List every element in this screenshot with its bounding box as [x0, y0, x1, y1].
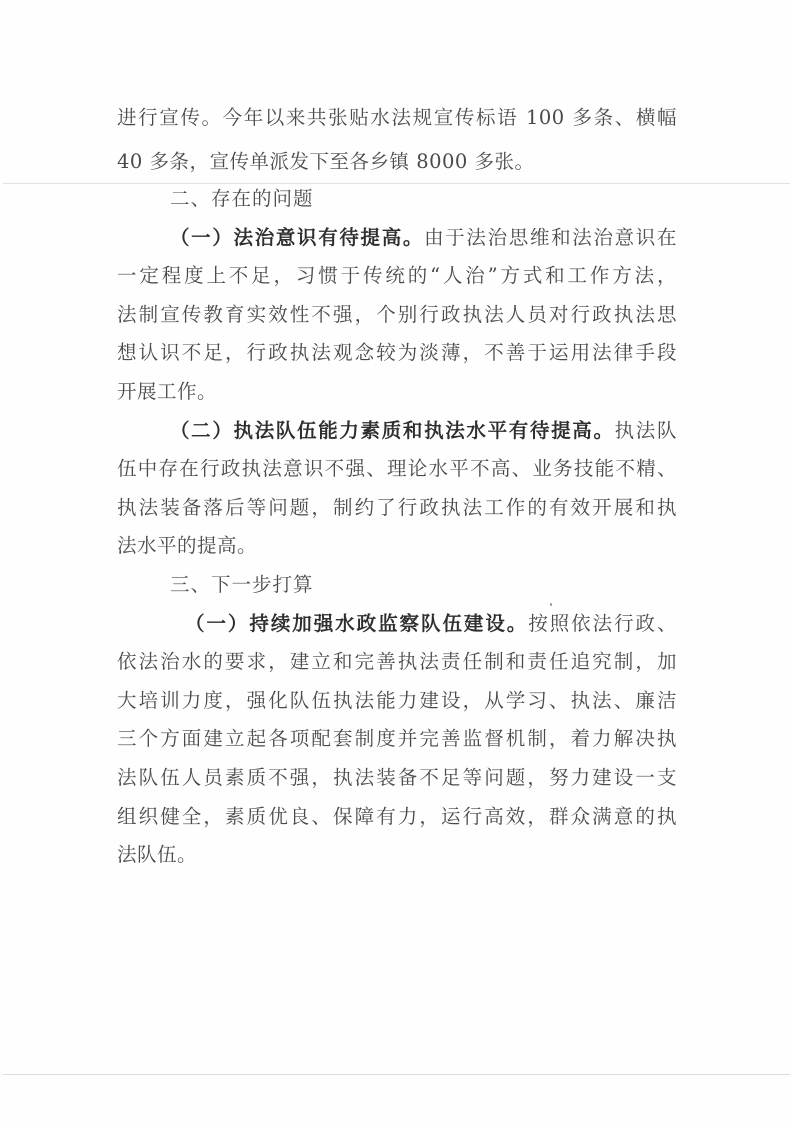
text-line: 组织健全，素质优良、保障有力，运行高效，群众满意的执: [117, 798, 677, 837]
text-line: 三个方面建立起各项配套制度并完善监督机制，着力解决执: [117, 720, 677, 759]
text-line: 大培训力度，强化队伍执法能力建设，从学习、执法、廉洁: [117, 682, 677, 721]
text-line: （一）法治意识有待提高。由于法治思维和法治意识在: [117, 219, 677, 258]
problem-item-2: （二）执法队伍能力素质和执法水平有待提高。执法队 伍中存在行政执法意识不强、理论…: [117, 412, 677, 566]
text-line: 执法装备落后等问题，制约了行政执法工作的有效开展和执: [117, 489, 677, 528]
intro-paragraph: 进行宣传。今年以来共张贴水法规宣传标语 100 多条、横幅 40 多条，宣传单派…: [117, 96, 677, 184]
item-title: （一）法治意识有待提高。: [170, 226, 424, 249]
scan-artifact-line-bottom: [3, 1074, 790, 1075]
text-line: 进行宣传。今年以来共张贴水法规宣传标语 100 多条、横幅: [117, 96, 677, 140]
text-line: 想认识不足，行政执法观念较为淡薄，不善于运用法律手段: [117, 334, 677, 373]
plan-item-1: （一）持续加强水政监察队伍建设。按照依法行政、 依法治水的要求，建立和完善执法责…: [117, 605, 677, 875]
text-line: 法制宣传教育实效性不强，个别行政执法人员对行政执法思: [117, 296, 677, 335]
text-line: 法水平的提高。: [117, 527, 677, 566]
text-line: 40 多条，宣传单派发下至各乡镇 8000 多张。: [117, 140, 677, 184]
text-line: （一）持续加强水政监察队伍建设。按照依法行政、: [117, 605, 677, 644]
text-line: 法队伍。: [117, 836, 677, 875]
text-line: 依法治水的要求，建立和完善执法责任制和责任追究制，加: [117, 643, 677, 682]
scanned-page: 进行宣传。今年以来共张贴水法规宣传标语 100 多条、横幅 40 多条，宣传单派…: [0, 0, 793, 1122]
text-line: 开展工作。: [117, 373, 677, 412]
section-heading-problems: 二、存在的问题: [117, 180, 677, 219]
text-line: 法队伍人员素质不强，执法装备不足等问题，努力建设一支: [117, 759, 677, 798]
item-text: 执法队: [615, 419, 677, 442]
problem-item-1: （一）法治意识有待提高。由于法治思维和法治意识在 一定程度上不足，习惯于传统的“…: [117, 219, 677, 412]
item-text: 由于法治思维和法治意识在: [424, 226, 677, 249]
text-line: （二）执法队伍能力素质和执法水平有待提高。执法队: [117, 412, 677, 451]
text-line: 一定程度上不足，习惯于传统的“人治”方式和工作方法，: [117, 257, 677, 296]
item-text: 按照依法行政、: [528, 612, 677, 635]
section-heading-next-steps: 三、下一步打算: [117, 566, 677, 605]
item-title: （二）执法队伍能力素质和执法水平有待提高。: [170, 419, 615, 442]
document-body: 进行宣传。今年以来共张贴水法规宣传标语 100 多条、横幅 40 多条，宣传单派…: [117, 96, 677, 875]
item-title: （一）持续加强水政监察队伍建设。: [185, 612, 528, 635]
text-line: 伍中存在行政执法意识不强、理论水平不高、业务技能不精、: [117, 450, 677, 489]
